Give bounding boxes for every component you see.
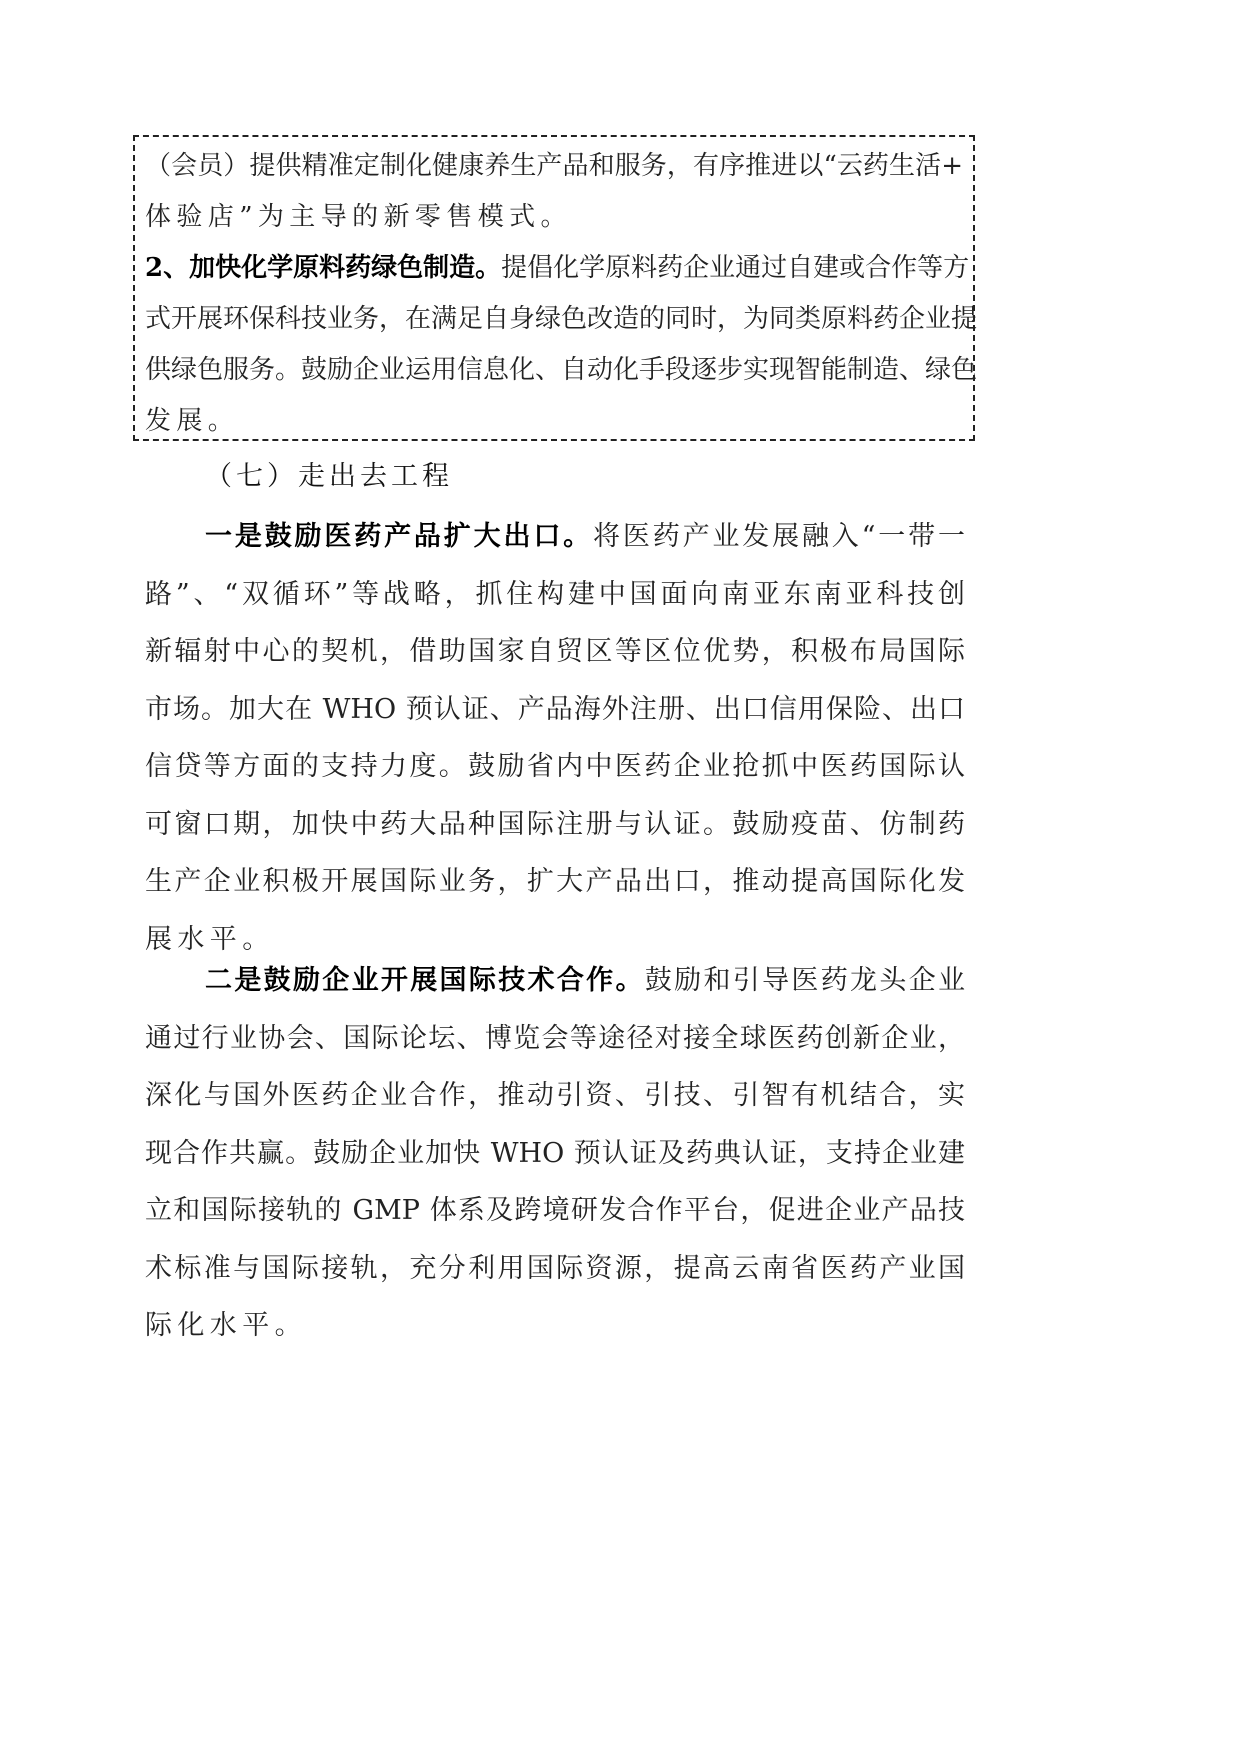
paragraph-export: 一是鼓励医药产品扩大出口。将医药产业发展融入“一带一 路”、“双循环”等战略，抓… bbox=[145, 508, 965, 968]
para2-line: 术标准与国际接轨，充分利用国际资源，提高云南省医药产业国 bbox=[145, 1240, 965, 1298]
para1-line: 信贷等方面的支持力度。鼓励省内中医药企业抢抓中医药国际认 bbox=[145, 738, 965, 796]
para1-line: 路”、“双循环”等战略，抓住构建中国面向南亚东南亚科技创 bbox=[145, 566, 965, 624]
para1-first-line: 一是鼓励医药产品扩大出口。将医药产业发展融入“一带一 bbox=[145, 508, 965, 566]
para1-first-text: 将医药产业发展融入“一带一 bbox=[593, 521, 965, 552]
dashed-box-section: （会员）提供精准定制化健康养生产品和服务，有序推进以“云药生活+ 体验店”为主导… bbox=[133, 135, 975, 441]
box-line-1: （会员）提供精准定制化健康养生产品和服务，有序推进以“云药生活+ bbox=[145, 141, 963, 192]
box-item2-line-3: 供绿色服务。鼓励企业运用信息化、自动化手段逐步实现智能制造、绿色 bbox=[145, 345, 963, 396]
box-item2-line-4: 发展。 bbox=[145, 396, 963, 447]
para1-line: 可窗口期，加快中药大品种国际注册与认证。鼓励疫苗、仿制药 bbox=[145, 796, 965, 854]
para2-line: 深化与国外医药企业合作，推动引资、引技、引智有机结合，实 bbox=[145, 1067, 965, 1125]
para2-line: 通过行业协会、国际论坛、博览会等途径对接全球医药创新企业， bbox=[145, 1010, 965, 1068]
para2-line: 立和国际接轨的 GMP 体系及跨境研发合作平台，促进企业产品技 bbox=[145, 1182, 965, 1240]
paragraph-cooperation: 二是鼓励企业开展国际技术合作。鼓励和引导医药龙头企业 通过行业协会、国际论坛、博… bbox=[145, 952, 965, 1355]
box-item2-line-2: 式开展环保科技业务，在满足自身绿色改造的同时，为同类原料药企业提 bbox=[145, 294, 963, 345]
box-item2-first-line: 2、加快化学原料药绿色制造。提倡化学原料药企业通过自建或合作等方 bbox=[145, 243, 963, 294]
para1-line: 生产企业积极开展国际业务，扩大产品出口，推动提高国际化发 bbox=[145, 853, 965, 911]
para2-line: 际化水平。 bbox=[145, 1297, 965, 1355]
para2-first-text: 鼓励和引导医药龙头企业 bbox=[645, 965, 965, 996]
document-page: （会员）提供精准定制化健康养生产品和服务，有序推进以“云药生活+ 体验店”为主导… bbox=[0, 0, 1240, 1754]
box-line-2: 体验店”为主导的新零售模式。 bbox=[145, 192, 963, 243]
box-item2-title: 2、加快化学原料药绿色制造。 bbox=[145, 253, 501, 283]
para2-first-line: 二是鼓励企业开展国际技术合作。鼓励和引导医药龙头企业 bbox=[145, 952, 965, 1010]
para1-line: 市场。加大在 WHO 预认证、产品海外注册、出口信用保险、出口 bbox=[145, 681, 965, 739]
box-item2-first-text: 提倡化学原料药企业通过自建或合作等方 bbox=[501, 253, 969, 283]
section-heading: （七）走出去工程 bbox=[205, 452, 453, 502]
para1-line: 新辐射中心的契机，借助国家自贸区等区位优势，积极布局国际 bbox=[145, 623, 965, 681]
para2-title: 二是鼓励企业开展国际技术合作。 bbox=[205, 965, 645, 996]
para2-line: 现合作共赢。鼓励企业加快 WHO 预认证及药典认证，支持企业建 bbox=[145, 1125, 965, 1183]
para1-title: 一是鼓励医药产品扩大出口。 bbox=[205, 521, 593, 552]
